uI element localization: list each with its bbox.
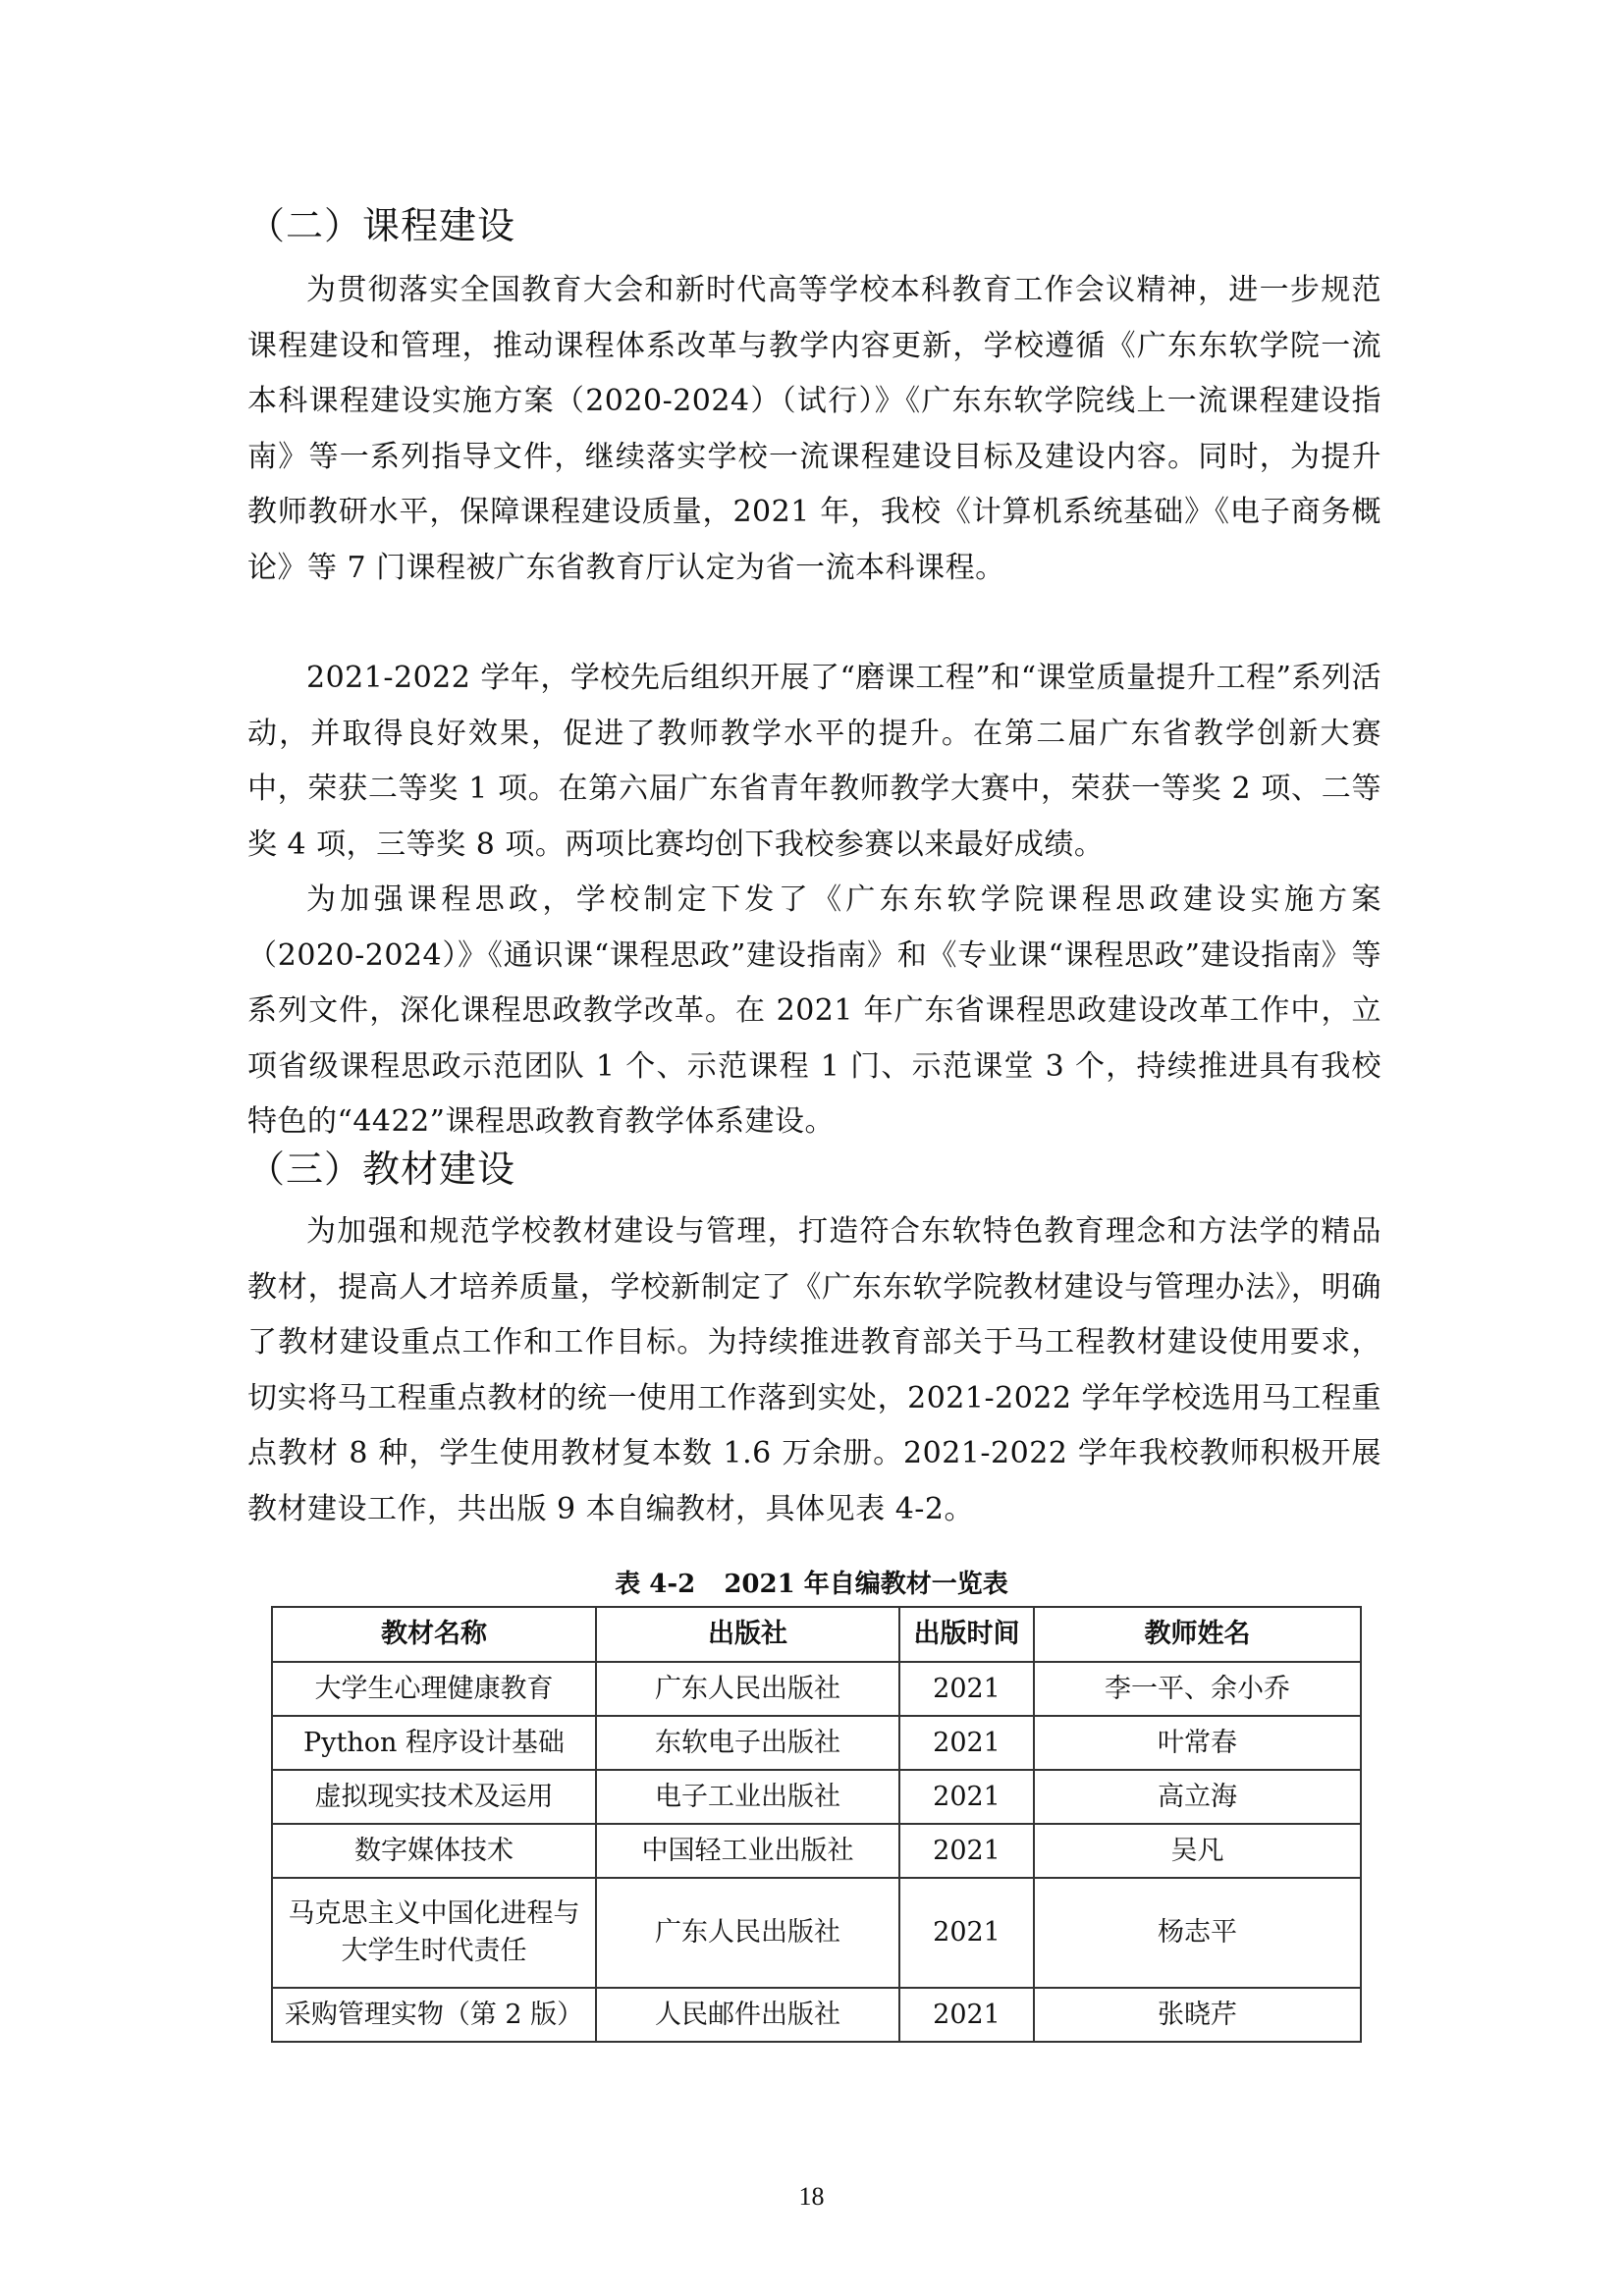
cell-publisher: 东软电子出版社 <box>596 1716 899 1770</box>
cell-publisher: 广东人民出版社 <box>596 1662 899 1716</box>
cell-teacher-name: 张晓芹 <box>1034 1988 1361 2042</box>
table-row: 大学生心理健康教育 广东人民出版社 2021 李一平、余小乔 <box>272 1662 1361 1716</box>
paragraph-course-construction-1: 为贯彻落实全国教育大会和新时代高等学校本科教育工作会议精神，进一步规范课程建设和… <box>247 263 1381 596</box>
cell-teacher-name: 吴凡 <box>1034 1824 1361 1878</box>
paragraph-textbook-construction-1: 为加强和规范学校教材建设与管理，打造符合东软特色教育理念和方法学的精品教材，提高… <box>247 1204 1381 1537</box>
cell-publish-year: 2021 <box>899 1770 1034 1824</box>
section-heading-textbook-construction: （三）教材建设 <box>247 1145 515 1194</box>
table-row: 采购管理实物（第 2 版） 人民邮件出版社 2021 张晓芹 <box>272 1988 1361 2042</box>
cell-textbook-name: 数字媒体技术 <box>272 1824 596 1878</box>
cell-publisher: 电子工业出版社 <box>596 1770 899 1824</box>
cell-teacher-name: 高立海 <box>1034 1770 1361 1824</box>
table-caption-number: 表 4-2 <box>615 1570 695 1599</box>
table-caption: 表 4-2 2021 年自编教材一览表 <box>0 1567 1623 1602</box>
column-header-teacher-name: 教师姓名 <box>1034 1607 1361 1662</box>
cell-textbook-name: 虚拟现实技术及运用 <box>272 1770 596 1824</box>
self-compiled-textbooks-table: 教材名称 出版社 出版时间 教师姓名 大学生心理健康教育 广东人民出版社 202… <box>271 1606 1362 2043</box>
table-row: 虚拟现实技术及运用 电子工业出版社 2021 高立海 <box>272 1770 1361 1824</box>
cell-teacher-name: 叶常春 <box>1034 1716 1361 1770</box>
cell-publish-year: 2021 <box>899 1988 1034 2042</box>
column-header-textbook-name: 教材名称 <box>272 1607 596 1662</box>
section-heading-course-construction: （二）课程建设 <box>247 201 515 250</box>
column-header-publish-year: 出版时间 <box>899 1607 1034 1662</box>
cell-textbook-name: 马克思主义中国化进程与大学生时代责任 <box>272 1878 596 1988</box>
table-row: Python 程序设计基础 东软电子出版社 2021 叶常春 <box>272 1716 1361 1770</box>
table-row: 马克思主义中国化进程与大学生时代责任 广东人民出版社 2021 杨志平 <box>272 1878 1361 1988</box>
cell-publish-year: 2021 <box>899 1662 1034 1716</box>
cell-publish-year: 2021 <box>899 1824 1034 1878</box>
cell-publish-year: 2021 <box>899 1878 1034 1988</box>
paragraph-course-construction-3: 为加强课程思政，学校制定下发了《广东东软学院课程思政建设实施方案（2020-20… <box>247 873 1381 1150</box>
table-row: 数字媒体技术 中国轻工业出版社 2021 吴凡 <box>272 1824 1361 1878</box>
cell-teacher-name: 杨志平 <box>1034 1878 1361 1988</box>
document-page: （二）课程建设 为贯彻落实全国教育大会和新时代高等学校本科教育工作会议精神，进一… <box>0 0 1623 2296</box>
cell-publisher: 中国轻工业出版社 <box>596 1824 899 1878</box>
page-number: 18 <box>0 2181 1623 2213</box>
cell-textbook-name: Python 程序设计基础 <box>272 1716 596 1770</box>
cell-publish-year: 2021 <box>899 1716 1034 1770</box>
table-caption-title: 2021 年自编教材一览表 <box>724 1570 1007 1599</box>
cell-textbook-name: 采购管理实物（第 2 版） <box>272 1988 596 2042</box>
cell-publisher: 广东人民出版社 <box>596 1878 899 1988</box>
column-header-publisher: 出版社 <box>596 1607 899 1662</box>
paragraph-course-construction-2: 2021-2022 学年，学校先后组织开展了“磨课工程”和“课堂质量提升工程”系… <box>247 651 1381 873</box>
table-header-row: 教材名称 出版社 出版时间 教师姓名 <box>272 1607 1361 1662</box>
cell-publisher: 人民邮件出版社 <box>596 1988 899 2042</box>
cell-teacher-name: 李一平、余小乔 <box>1034 1662 1361 1716</box>
cell-textbook-name: 大学生心理健康教育 <box>272 1662 596 1716</box>
